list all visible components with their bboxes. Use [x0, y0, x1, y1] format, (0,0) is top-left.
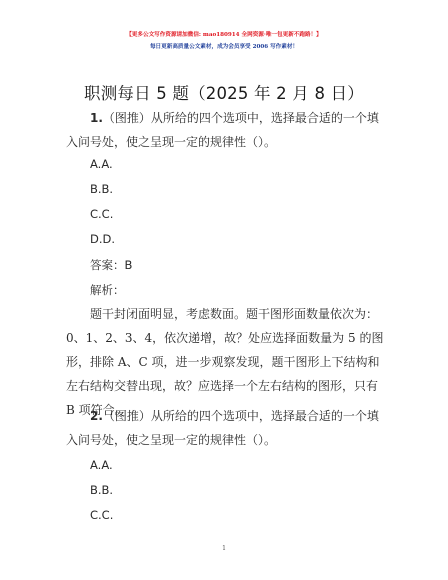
question-2-number: 2. — [90, 409, 103, 423]
question-2-option-b: B.B. — [90, 483, 113, 497]
question-1-analysis-label: 解析： — [90, 282, 125, 298]
promo-header-line1: 【更多公文写作资源请加微信: mao180914 全网资源·唯一包更新不跑路！】 — [0, 30, 448, 38]
question-1-stem: 1.（图推）从所给的四个选项中，选择最合适的一个填入问号处，使之呈现一定的规律性… — [66, 106, 386, 154]
question-1-number: 1. — [90, 111, 103, 125]
page-title: 职测每日 5 题（2025 年 2 月 8 日） — [0, 80, 448, 104]
question-1-answer: 答案：B — [90, 257, 132, 273]
promo-header-line2: 每日更新高质量公文素材，成为会员享受 2006 写作素材！ — [0, 42, 448, 50]
question-2-stem: 2.（图推）从所给的四个选项中，选择最合适的一个填入问号处，使之呈现一定的规律性… — [66, 404, 386, 452]
question-1-option-d: D.D. — [90, 232, 115, 246]
page-number: 1 — [0, 545, 448, 552]
question-2-option-a: A.A. — [90, 458, 113, 472]
question-2-option-c: C.C. — [90, 508, 113, 522]
question-1-option-c: C.C. — [90, 207, 113, 221]
question-1-option-b: B.B. — [90, 182, 113, 196]
question-1-option-a: A.A. — [90, 157, 113, 171]
